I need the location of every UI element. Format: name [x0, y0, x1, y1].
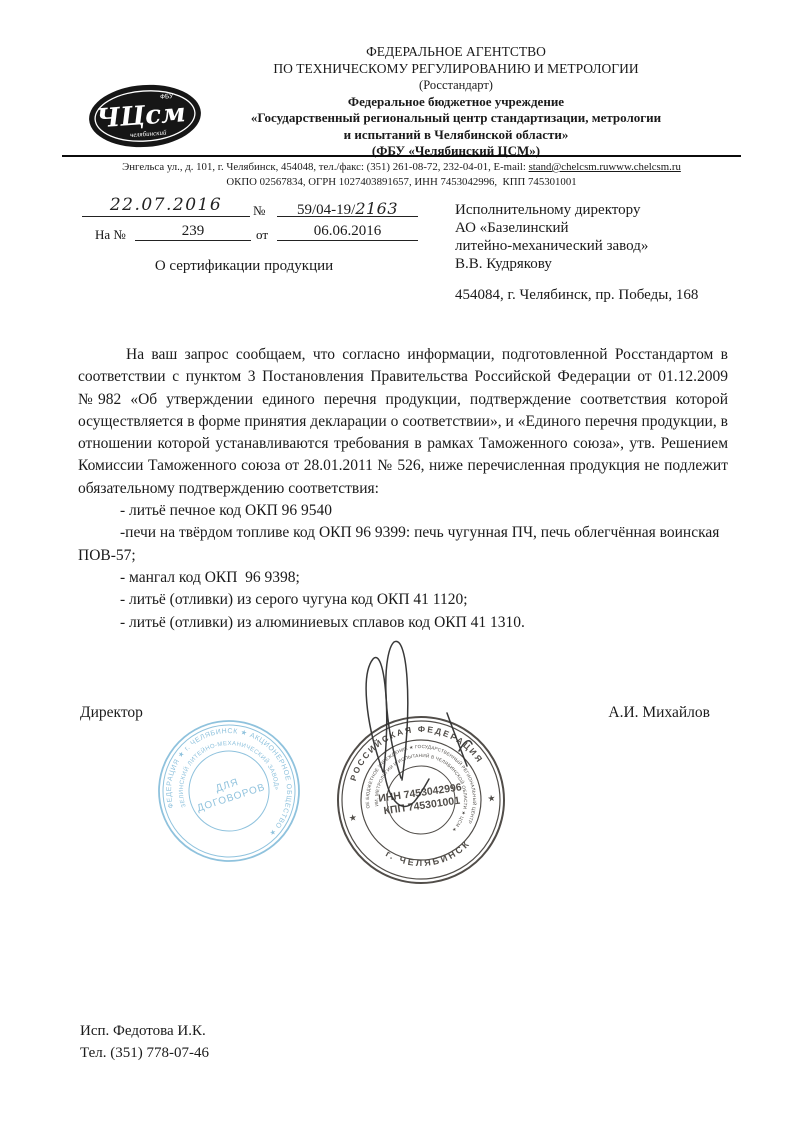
- recipient-company-line1: АО «Базелинский: [455, 219, 755, 237]
- black-stamp-middle-ring2-text: СТАНДАРТИЗАЦИИ, МЕТРОЛОГИИ И ИСПЫТАНИЙ В…: [368, 746, 474, 843]
- contact-info: Энгельса ул., д. 101, г. Челябинск, 4540…: [62, 160, 741, 189]
- number-underline: [277, 216, 418, 217]
- black-stamp-inn: ИНН 7453042996: [378, 781, 463, 805]
- signer-name: А.И. Михайлов: [558, 704, 710, 722]
- letterhead: ФЕДЕРАЛЬНОЕ АГЕНТСТВО ПО ТЕХНИЧЕСКОМУ РЕ…: [172, 44, 740, 160]
- incoming-date: 06.06.2016: [277, 223, 418, 240]
- letterhead-divider: [62, 155, 741, 157]
- date-underline: [82, 216, 250, 217]
- from-label: от: [256, 227, 268, 243]
- agency-short-name: (Росстандарт): [172, 77, 740, 94]
- signer-title: Директор: [80, 704, 143, 722]
- recipient-person: В.В. Кудрякову: [455, 255, 755, 273]
- contact-line1: Энгельса ул., д. 101, г. Челябинск, 4540…: [62, 160, 741, 175]
- executor-block: Исп. Федотова И.К. Тел. (351) 778-07-46: [80, 1020, 209, 1064]
- blue-stamp-center-line1: ДЛЯ: [214, 777, 240, 795]
- svg-text:РОССИЙСКАЯ ФЕДЕРАЦИЯ: РОССИЙСКАЯ ФЕДЕРАЦИЯ: [342, 715, 486, 783]
- recipient-company-line2: литейно-механический завод»: [455, 237, 755, 255]
- org-short-name: (ФБУ «Челябинский ЦСМ»): [172, 143, 740, 160]
- letter-body: На ваш запрос сообщаем, что согласно инф…: [78, 344, 728, 634]
- blue-stamp-outer-ring-text: ★ РОССИЙСКАЯ ФЕДЕРАЦИЯ ★ г. ЧЕЛЯБИНСК ★ …: [150, 712, 307, 866]
- org-name-line1: «Государственный региональный центр стан…: [172, 110, 740, 127]
- contact-line2-registration-codes: ОКПО 02567834, ОГРН 1027403891657, ИНН 7…: [62, 175, 741, 190]
- black-stamp-outer-top-text: РОССИЙСКАЯ ФЕДЕРАЦИЯ: [342, 715, 486, 783]
- black-stamp-middle-ring1-text: ФЕДЕРАЛЬНОЕ БЮДЖЕТНОЕ УЧРЕЖДЕНИЕ ★ ГОСУД…: [358, 737, 482, 839]
- svg-text:«БАЗЕЛИНСКИЙ ЛИТЕЙНО-МЕХАНИЧЕС: «БАЗЕЛИНСКИЙ ЛИТЕЙНО-МЕХАНИЧЕСКИЙ ЗАВОД»: [166, 727, 282, 821]
- executor-phone: Тел. (351) 778-07-46: [80, 1042, 209, 1064]
- scanned-letter-page: ФБУ ЧЦсм челябинский ФЕДЕРАЛЬНОЕ АГЕНТСТ…: [0, 0, 793, 1121]
- product-list-item: -печи на твёрдом топливе код ОКП 96 9399…: [78, 522, 728, 567]
- product-list-item: - литьё (отливки) из алюминиевых сплавов…: [78, 612, 728, 634]
- blue-round-stamp: ★ РОССИЙСКАЯ ФЕДЕРАЦИЯ ★ г. ЧЕЛЯБИНСК ★ …: [141, 703, 317, 879]
- body-paragraph: На ваш запрос сообщаем, что согласно инф…: [78, 344, 728, 500]
- org-type-line: Федеральное бюджетное учреждение: [172, 94, 740, 111]
- director-signature: [366, 641, 472, 806]
- recipient-block: Исполнительному директору АО «Базелински…: [455, 201, 755, 273]
- black-round-stamp: РОССИЙСКАЯ ФЕДЕРАЦИЯ г. ЧЕЛЯБИНСК ФЕДЕРА…: [327, 706, 514, 893]
- outgoing-date-handwritten: 22.07.2016: [85, 195, 247, 215]
- blue-stamp-inner-ring-text: «БАЗЕЛИНСКИЙ ЛИТЕЙНО-МЕХАНИЧЕСКИЙ ЗАВОД»: [166, 727, 282, 821]
- star-icon: ★: [487, 793, 496, 804]
- star-icon: ★: [348, 812, 357, 823]
- letter-subject: О сертификации продукции: [88, 258, 400, 275]
- incoming-date-underline: [277, 240, 418, 241]
- svg-text:СТАНДАРТИЗАЦИИ, МЕТРОЛОГИИ И И: СТАНДАРТИЗАЦИИ, МЕТРОЛОГИИ И ИСПЫТАНИЙ В…: [368, 746, 474, 843]
- incoming-number-underline: [135, 240, 251, 241]
- agency-name-line2: ПО ТЕХНИЧЕСКОМУ РЕГУЛИРОВАНИЮ И МЕТРОЛОГ…: [172, 61, 740, 78]
- product-list-item: - литьё печное код ОКП 96 9540: [78, 500, 728, 522]
- org-name-line2: и испытаний в Челябинской области»: [172, 127, 740, 144]
- recipient-address: 454084, г. Челябинск, пр. Победы, 168: [455, 287, 775, 304]
- executor-name: Исп. Федотова И.К.: [80, 1020, 209, 1042]
- address-phone-text: Энгельса ул., д. 101, г. Челябинск, 4540…: [122, 161, 528, 173]
- black-stamp-kpp: КПП 745301001: [383, 795, 461, 818]
- incoming-ref-label: На №: [95, 227, 126, 243]
- recipient-title: Исполнительному директору: [455, 201, 755, 219]
- product-list-item: - литьё (отливки) из серого чугуна код О…: [78, 589, 728, 611]
- svg-text:★ РОССИЙСКАЯ ФЕДЕРАЦИЯ ★ г. ЧЕ: ★ РОССИЙСКАЯ ФЕДЕРАЦИЯ ★ г. ЧЕЛЯБИНСК ★ …: [150, 712, 307, 866]
- svg-text:ФЕДЕРАЛЬНОЕ БЮДЖЕТНОЕ УЧРЕЖДЕН: ФЕДЕРАЛЬНОЕ БЮДЖЕТНОЕ УЧРЕЖДЕНИЕ ★ ГОСУД…: [358, 737, 482, 839]
- agency-name-line1: ФЕДЕРАЛЬНОЕ АГЕНТСТВО: [172, 44, 740, 61]
- black-stamp-outer-bottom-text: г. ЧЕЛЯБИНСК: [383, 837, 475, 874]
- incoming-number: 239: [135, 223, 251, 240]
- product-list-item: - мангал код ОКП 96 9398;: [78, 567, 728, 589]
- svg-text:г. ЧЕЛЯБИНСК: г. ЧЕЛЯБИНСК: [383, 837, 475, 874]
- blue-stamp-center-line2: ДОГОВОРОВ: [196, 782, 267, 814]
- email-link-text: stand@chelcsm.ruwww.chelcsm.ru: [529, 161, 681, 173]
- number-label: №: [253, 203, 265, 219]
